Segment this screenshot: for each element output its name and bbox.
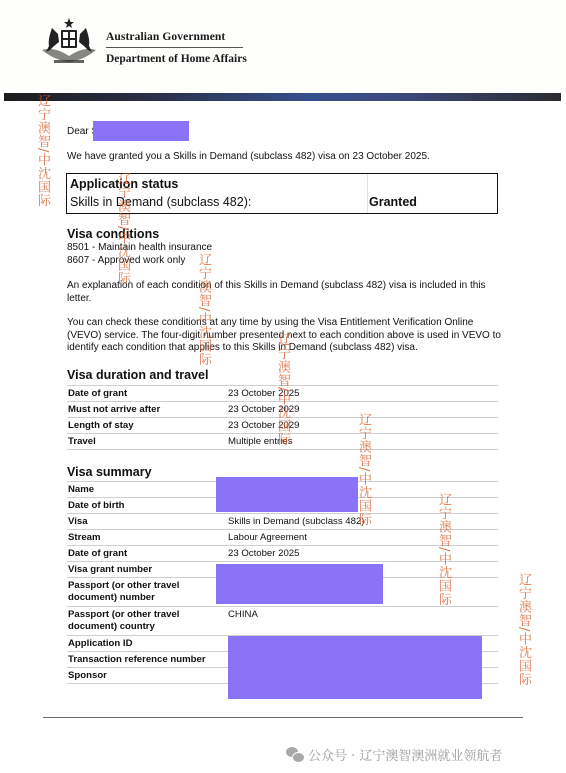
row-label: Length of stay	[68, 420, 226, 432]
row-label: Date of grant	[68, 548, 226, 560]
table-row: Visa Skills in Demand (subclass 482)	[67, 513, 498, 529]
wechat-icon	[286, 747, 304, 762]
redaction-name	[93, 121, 189, 141]
row-label: Date of grant	[68, 388, 226, 400]
header-band	[4, 93, 561, 101]
letterhead: Australian Government Department of Home…	[0, 0, 566, 92]
watermark: 辽宁澳智/中沈国际	[116, 172, 129, 285]
row-label: Stream	[68, 532, 226, 544]
table-row: Date of grant 23 October 2025	[67, 545, 498, 561]
redaction-application-sponsor	[228, 636, 482, 699]
row-label: Date of birth	[68, 500, 226, 512]
watermark: 辽宁澳智/中沈国际	[437, 493, 450, 606]
wechat-account-label: 公众号 · 辽宁澳智澳洲就业领航者	[286, 745, 502, 764]
wechat-account-text: 公众号 · 辽宁澳智澳洲就业领航者	[308, 745, 502, 764]
government-name: Australian Government	[106, 31, 225, 43]
table-row: Passport (or other travel document) coun…	[67, 606, 498, 635]
row-label: Passport (or other travel document) numb…	[68, 580, 226, 604]
condition-item: 8501 - Maintain health insurance	[67, 242, 212, 255]
row-label: Visa grant number	[68, 564, 226, 576]
watermark: 辽宁澳智/中沈国际	[276, 333, 289, 446]
watermark: 辽宁澳智/中沈国际	[517, 573, 530, 686]
conditions-explanation: An explanation of each condition of this…	[67, 280, 492, 305]
status-badge: Granted	[369, 195, 417, 209]
visa-conditions-heading: Visa conditions	[67, 227, 159, 241]
footer-divider	[43, 717, 523, 718]
row-value: 23 October 2025	[228, 548, 299, 560]
status-visa-label: Skills in Demand (subclass 482):	[70, 195, 251, 209]
row-label: Must not arrive after	[68, 404, 226, 416]
table-row: Stream Labour Agreement	[67, 529, 498, 545]
row-label: Passport (or other travel document) coun…	[68, 609, 226, 633]
row-label: Name	[68, 484, 226, 496]
grant-intro: We have granted you a Skills in Demand (…	[67, 151, 430, 164]
application-status-box: Application status Skills in Demand (sub…	[66, 173, 498, 214]
watermark: 辽宁澳智/中沈国际	[197, 253, 210, 366]
coat-of-arms-icon	[34, 16, 104, 68]
row-value: CHINA	[228, 609, 258, 621]
header-divider	[106, 47, 243, 48]
row-label: Visa	[68, 516, 226, 528]
department-name: Department of Home Affairs	[106, 53, 247, 65]
row-label: Application ID	[68, 638, 226, 650]
row-label: Sponsor	[68, 670, 226, 682]
row-value: Labour Agreement	[228, 532, 307, 544]
redaction-name-dob	[216, 477, 358, 512]
watermark: 辽宁澳智/中沈国际	[357, 413, 370, 526]
watermark: 辽宁澳智/中沈国际	[36, 94, 49, 207]
status-divider	[367, 174, 368, 213]
duration-heading: Visa duration and travel	[67, 368, 208, 382]
visa-summary-heading: Visa summary	[67, 465, 152, 479]
redaction-grant-passport	[216, 564, 383, 604]
row-label: Travel	[68, 436, 226, 448]
row-label: Transaction reference number	[68, 654, 226, 666]
row-value: Skills in Demand (subclass 482)	[228, 516, 365, 528]
